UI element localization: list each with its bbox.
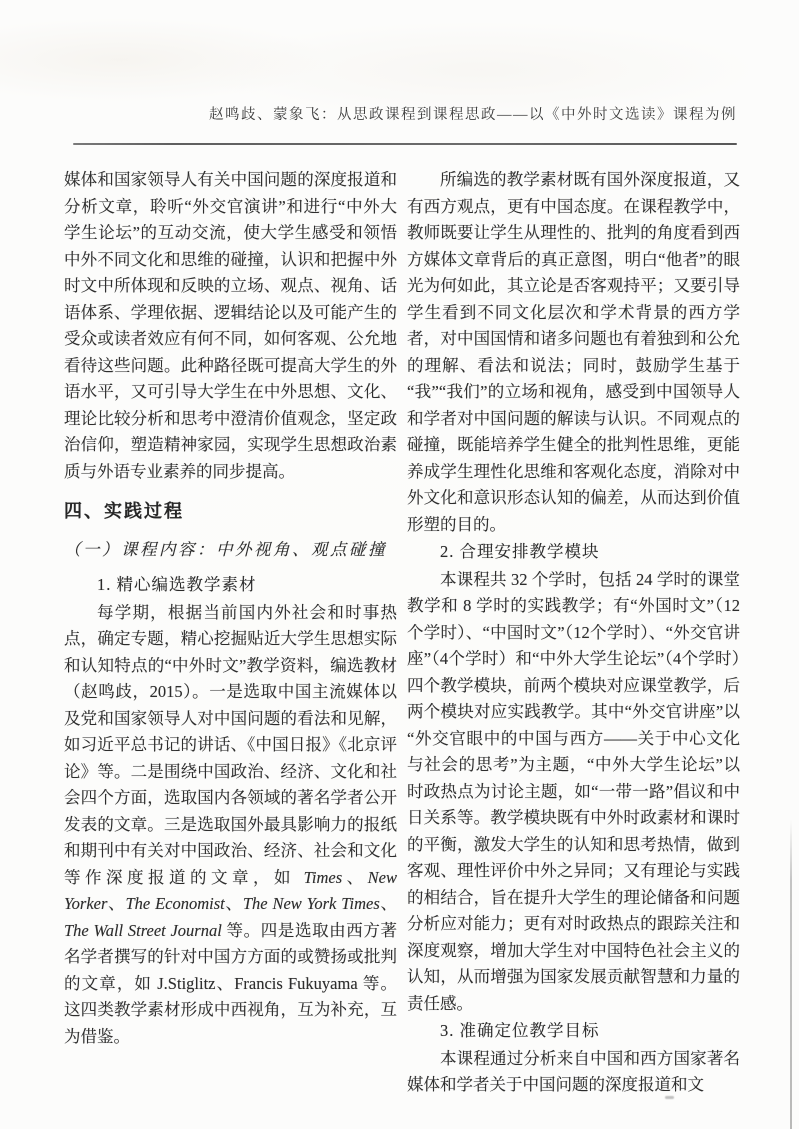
item-heading-teaching-goals: 3. 准确定位教学目标 (407, 1018, 740, 1045)
header-rule (73, 143, 737, 145)
section-heading-practice-process: 四、实践过程 (64, 498, 397, 525)
goals-paragraph: 本课程通过分析来自中国和西方国家著名媒体和学者关于中国问题的深度报道和文 (407, 1046, 740, 1099)
scan-edge-artifact (790, 820, 792, 1129)
subsection-heading-course-content: （一）课程内容：中外视角、观点碰撞 (64, 537, 397, 564)
left-column: 媒体和国家领导人有关中国问题的深度报道和分析文章，聆听“外交官演讲”和进行“中外… (64, 167, 397, 1050)
intro-paragraph: 媒体和国家领导人有关中国问题的深度报道和分析文章，聆听“外交官演讲”和进行“中外… (64, 167, 397, 485)
analysis-paragraph: 所编选的教学素材既有国外深度报道，又有西方观点，更有中国态度。在课程教学中，教师… (407, 167, 740, 538)
scan-speck-artifact (665, 1096, 674, 1099)
item-heading-teaching-modules: 2. 合理安排教学模块 (407, 539, 740, 566)
item-heading-select-materials: 1. 精心编选教学素材 (64, 572, 397, 599)
running-header-title: 赵鸣歧、蒙象飞：从思政课程到课程思政——以《中外时文选读》课程为例 (60, 103, 737, 124)
right-column: 所编选的教学素材既有国外深度报道，又有西方观点，更有中国态度。在课程教学中，教师… (407, 167, 740, 1099)
modules-paragraph: 本课程共 32 个学时，包括 24 学时的课堂教学和 8 学时的实践教学；有“外… (407, 567, 740, 1018)
scanned-paper-page: 赵鸣歧、蒙象飞：从思政课程到课程思政——以《中外时文选读》课程为例 媒体和国家领… (0, 0, 799, 1129)
materials-paragraph: 每学期，根据当前国内外社会和时事热点，确定专题，精心挖掘贴近大学生思想实际和认知… (64, 600, 397, 1051)
